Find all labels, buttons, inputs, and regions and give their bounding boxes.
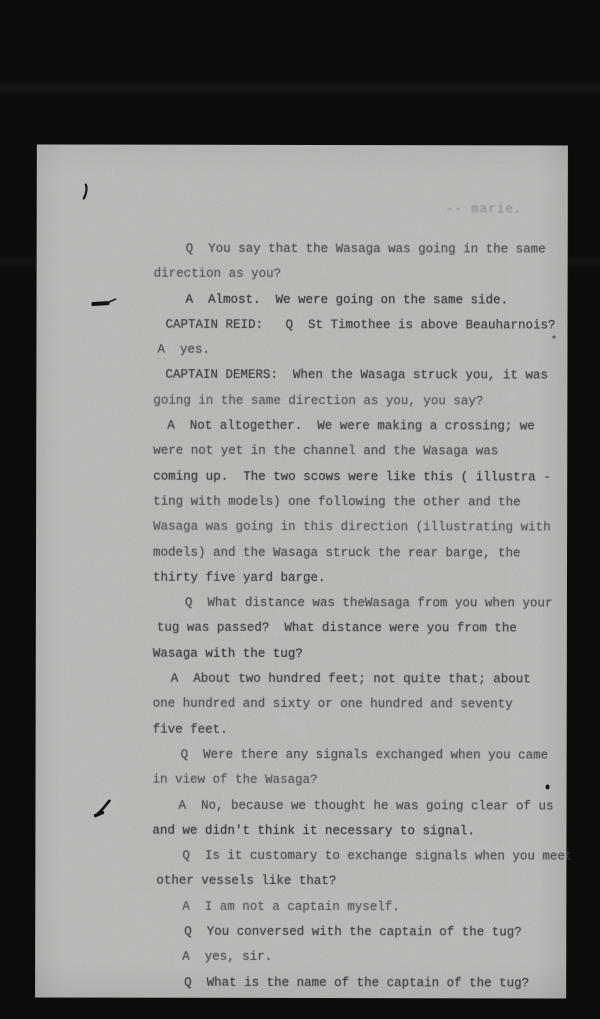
ink-speck: [546, 785, 550, 790]
scanner-light-streak: [0, 78, 600, 100]
transcript-line: Q You conversed with the captain of the …: [152, 920, 560, 946]
transcript-line: direction as you?: [154, 262, 562, 288]
transcript-line: and we didn't think it necessary to sign…: [152, 819, 560, 845]
transcript-line: A Almost. We were going on the same side…: [154, 287, 562, 313]
transcript-line: Q Were there any signals exchanged when …: [153, 743, 561, 769]
transcript-line: A Not altogether. We were making a cross…: [153, 414, 561, 440]
transcript-line: Q What is the name of the captain of the…: [152, 970, 560, 996]
pen-tick-mark: [81, 184, 91, 200]
transcript-line: Q Is it customary to exchange signals wh…: [152, 844, 560, 870]
transcript-line: Q What distance was theWasaga from you w…: [153, 591, 561, 617]
transcript-line: Q You say that the Wasaga was going in t…: [154, 237, 562, 263]
transcript-line: in view of the Wasaga?: [153, 768, 561, 794]
scanned-document-view: -- marie. Q You say that the Wasaga was …: [0, 0, 600, 1019]
transcript-line: five feet.: [153, 717, 561, 743]
transcript-line: Wasaga with the tug?: [153, 641, 561, 667]
pen-flick-mark: [93, 800, 113, 818]
pen-dash-mark: [92, 297, 118, 309]
scanned-page: -- marie. Q You say that the Wasaga was …: [35, 144, 568, 998]
transcript-line: A About two hundred feet; not quite that…: [153, 667, 561, 693]
transcript-line: were not yet in the channel and the Wasa…: [153, 439, 561, 465]
transcript-line: CAPTAIN DEMERS: When the Wasaga struck y…: [153, 363, 561, 389]
transcript: Q You say that the Wasaga was going in t…: [152, 237, 562, 997]
transcript-line: tug was passed? What distance were you f…: [153, 616, 561, 642]
transcript-line: A yes, sir.: [152, 945, 560, 971]
transcript-line: thirty five yard barge.: [153, 566, 561, 592]
ink-speck: [552, 336, 555, 339]
transcript-line: coming up. The two scows were like this …: [153, 464, 561, 490]
transcript-line: other vessels like that?: [152, 869, 560, 895]
transcript-line: one hundred and sixty or one hundred and…: [153, 692, 561, 718]
transcript-line: A I am not a captain myself.: [152, 894, 560, 920]
transcript-line: ting with models) one following the othe…: [153, 490, 561, 516]
page-header-fragment: -- marie.: [446, 202, 523, 216]
transcript-line: going in the same direction as you, you …: [153, 388, 561, 414]
transcript-line: A yes.: [153, 338, 561, 364]
transcript-line: A No, because we thought he was going cl…: [152, 793, 560, 819]
transcript-line: Wasaga was going in this direction (illu…: [153, 515, 561, 541]
transcript-line: models) and the Wasaga struck the rear b…: [153, 540, 561, 566]
transcript-line: CAPTAIN REID: Q St Timothee is above Bea…: [153, 313, 561, 339]
